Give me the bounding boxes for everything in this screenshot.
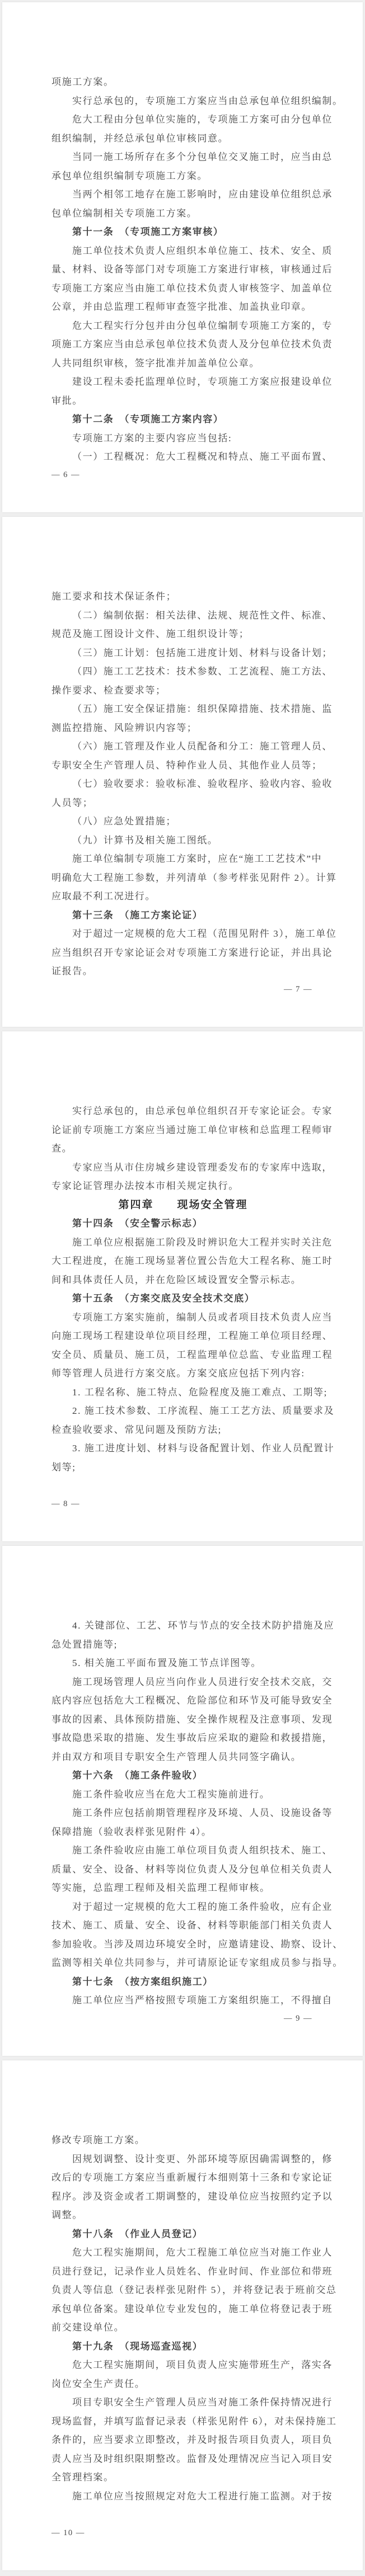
page-number: — 7 — (284, 985, 312, 994)
page-number: — 9 — (284, 2014, 312, 2023)
article-heading: 第十八条 （作业人员登记） (52, 2225, 315, 2244)
text-line: 修改专项施工方案。 (52, 2131, 315, 2150)
text-line: 前交建设单位。 (52, 2318, 315, 2337)
text-line: 施工现场管理人员应当向作业人员进行安全技术交底，交 (52, 1673, 315, 1692)
text-line: 测监控措施、风险辨识内容等； (52, 719, 315, 738)
document-page: 修改专项施工方案。因规划调整、设计变更、外部环境等原因确需调整的，修改后的专项施… (2, 2060, 363, 2570)
text-line: 因规划调整、设计变更、外部环境等原因确需调整的，修 (52, 2150, 315, 2169)
text-line: 建设工程未委托监理单位时，专项施工方案应报建设单位 (52, 372, 315, 391)
text-line: 向施工现场工程建设单位项目经理，工程施工单位项目经理、 (52, 1327, 315, 1346)
text-line: 监测等相关单位共同参与，并可请原论证专家组成员参与指导。 (52, 1954, 315, 1973)
text-line: 员进行登记，记录作业人员姓名、作业时间、作业部位和带班 (52, 2262, 315, 2281)
text-line: 参加验收。当涉及周边环境安全时，应邀请建设、勘察、设计、 (52, 1935, 315, 1954)
text-line: 应取最不利工况进行。 (52, 887, 315, 906)
text-line: 当同一施工场所存在多个分包单位交叉施工时，应当由总 (52, 148, 315, 167)
text-line: 改后的专项施工方案应当重新履行本细则第十三条和专家论证 (52, 2168, 315, 2187)
text-line: 专项施工方案应当由施工单位技术负责人审核签字、加盖单位 (52, 279, 315, 298)
chapter-heading: 第四章 现场安全管理 (52, 1196, 315, 1215)
text-line: 规范及施工图设计文件、施工组织设计等； (52, 625, 315, 644)
text-line: 1. 工程名称、施工特点、危险程度及施工难点、工期等; (52, 1383, 315, 1402)
article-heading: 第十九条 （现场巡查巡视） (52, 2337, 315, 2356)
text-line: 审批。 (52, 391, 315, 411)
text-line: 危大工程实施期间，项目负责人应实施带班生产，落实各 (52, 2356, 315, 2375)
text-line: 施工要求和技术保证条件； (52, 587, 315, 606)
text-line: 质量、安全、设备、材料等岗位负责人及分包单位相关负责人 (52, 1860, 315, 1879)
text-line: 施工条件验收应由施工单位项目负责人组织技术、施工、 (52, 1841, 315, 1860)
text-line: 施工条件应包括前期管理程序及环境、人员、设施设备等 (52, 1804, 315, 1823)
text-line: 施工单位技术负责人应组织本单位施工、技术、安全、质 (52, 242, 315, 261)
text-line: （三）施工计划：包括施工进度计划、材料与设备计划； (52, 644, 315, 663)
text-line: 证报告。 (52, 962, 315, 981)
text-line: 专家论证管理办法按本市相关规定执行。 (52, 1177, 315, 1196)
text-line: 底内容应包括危大工程概况、危险部位和环节及可能导致安全 (52, 1691, 315, 1710)
page-number: — 8 — (52, 1499, 80, 1509)
text-line: 包单位编制相关专项施工方案。 (52, 204, 315, 223)
text-line: 人员等； (52, 794, 315, 813)
text-line: 人共同组织审核，签字批准并加盖单位公章。 (52, 354, 315, 373)
document-page: 4. 关键部位、工艺、环节与节点的安全技术防护措施及应急处置措施等;5. 相关施… (2, 1546, 363, 2056)
text-line: 危大工程由分包单位实施的，专项施工方案可由分包单位 (52, 110, 315, 129)
text-line: 技术、施工、质量、安全、设备、材料等职能部门相关负责人 (52, 1916, 315, 1935)
text-line: 2. 施工技术参数、工序流程、施工工艺方法、质量要求及 (52, 1402, 315, 1421)
document-page: 实行总承包的，由总承包单位组织召开专家论证会。专家论证前专项施工方案应当通过施工… (2, 1031, 363, 1541)
text-line: 施工条件验收应当在危大工程实施前进行。 (52, 1785, 315, 1804)
text-line: （八）应急处置措施； (52, 812, 315, 831)
text-line: 等实施，总监理工程师及相关监理工程师审核。 (52, 1879, 315, 1898)
text-line: 实行总承包的，专项施工方案应当由总承包单位组织编制。 (52, 92, 315, 111)
text-line: 量、材料、设备等部门对专项施工方案进行审核，审核通过后 (52, 260, 315, 279)
article-heading: 第十二条 （专项施工方案内容） (52, 410, 315, 429)
text-line: （九）计算书及相关施工图纸。 (52, 831, 315, 850)
text-line: 项目专职安全生产管理人员应当对施工条件保持情况进行 (52, 2393, 315, 2412)
article-heading: 第十一条 （专项施工方案审核） (52, 223, 315, 242)
text-line: 对于超过一定规模的危大工程（范围见附件 3），施工单位 (52, 924, 315, 943)
document-page: 项施工方案。实行总承包的，专项施工方案应当由总承包单位组织编制。危大工程由分包单… (2, 2, 363, 512)
text-line: 明确危大工程施工参数，并列清单（参考样张见附件 2）。计算 (52, 869, 315, 888)
text-line: 急处置措施等; (52, 1635, 315, 1654)
text-line: （六）施工管理及作业人员配备和分工：施工管理人员、 (52, 737, 315, 756)
text-line: 操作要求、检查要求等； (52, 681, 315, 700)
text-line: 程序。涉及资金或者工期调整的，建设单位应当按照约定予以 (52, 2187, 315, 2206)
text-line: 施工单位应当严格按照专项施工方案组织施工，不得擅自 (52, 1991, 315, 2010)
text-line: 责人应当及时组织限期整改。监督及处理情况应当记入项目安 (52, 2450, 315, 2469)
article-heading: 第十三条 （施工方案论证） (52, 906, 315, 925)
text-line: 危大工程实行分包并由分包单位编制专项施工方案的，专 (52, 317, 315, 336)
text-line: 师等管理人员进行方案交底。方案交底应包括下列内容: (52, 1364, 315, 1383)
text-line: 承包单位组织编制专项施工方案。 (52, 167, 315, 186)
text-line: 负责人等信息（登记表样张见附件 5），并将登记表于班前交总 (52, 2281, 315, 2300)
text-line: 并由双方和项目专职安全生产管理人员共同签字确认。 (52, 1748, 315, 1767)
text-line: 保障措施（验收表样张见附件 4）。 (52, 1823, 315, 1842)
text-line: 实行总承包的，由总承包单位组织召开专家论证会。专家 (52, 1102, 315, 1121)
text-line: 查。 (52, 1139, 315, 1158)
text-line: 专项施工方案的主要内容应当包括: (52, 429, 315, 448)
text-line: 4. 关键部位、工艺、环节与节点的安全技术防护措施及应 (52, 1616, 315, 1635)
text-line: （七）验收要求：验收标准、验收程序、验收内容、验收 (52, 775, 315, 794)
text-line: 专职安全生产管理人员、特种作业人员、其他作业人员等； (52, 756, 315, 775)
text-line: 大工程进度，在施工现场显著位置公告危大工程名称、施工时 (52, 1252, 315, 1271)
article-heading: 第十四条 （安全警示标志） (52, 1214, 315, 1233)
text-line: （一）工程概况：危大工程概况和特点、施工平面布置、 (52, 447, 315, 466)
text-line: 5. 相关施工平面布置及施工节点详图等。 (52, 1654, 315, 1673)
text-line: 检查验收要求、常见问题及预防方法; (52, 1421, 315, 1440)
article-heading: 第十六条 （施工条件验收） (52, 1766, 315, 1785)
text-line: （二）编制依据：相关法律、法规、规范性文件、标准、 (52, 606, 315, 625)
text-line: 安全员、质量员、施工员，工程监理单位总监、专业监理工程 (52, 1346, 315, 1365)
text-line: 施工单位编制专项施工方案时，应在“施工工艺技术”中 (52, 850, 315, 869)
text-line: 划等; (52, 1458, 315, 1477)
text-line: （四）施工工艺技术：技术参数、工艺流程、施工方法、 (52, 662, 315, 681)
text-line: 专家应当从市住房城乡建设管理委发布的专家库中选取， (52, 1158, 315, 1177)
text-line: 项施工方案应当由总承包单位技术负责人及分包单位技术负责 (52, 335, 315, 354)
text-line: （五）施工安全保证措施：组织保障措施、技术措施、监 (52, 700, 315, 719)
text-line: 当两个相邻工地存在施工影响时，应由建设单位组织总承 (52, 185, 315, 204)
text-line: 对于超过一定规模的危大工程的施工条件验收，应有企业 (52, 1898, 315, 1917)
text-line: 项施工方案。 (52, 73, 315, 92)
text-line: 危大工程实施期间，危大工程施工单位应当对施工作业人 (52, 2243, 315, 2262)
text-line: 应当组织召开专家论证会对专项施工方案进行论证，并出具论 (52, 943, 315, 963)
text-line: 施工单位应根据施工阶段及时辨识危大工程并实时关注危 (52, 1233, 315, 1252)
text-line: 施工单位应当按照规定对危大工程进行施工监测。对于按 (52, 2487, 315, 2506)
text-line: 事故隐患采取的措施、发生事故后应采取的避险和救援措施， (52, 1729, 315, 1748)
text-line: 公章，并由总监理工程师审查签字批准、加盖执业印章。 (52, 298, 315, 317)
document-scroll-area: 项施工方案。实行总承包的，专项施工方案应当由总承包单位组织编制。危大工程由分包单… (0, 0, 365, 2576)
text-line: 专项施工方案实施前，编制人员或者项目技术负责人应当 (52, 1308, 315, 1327)
text-line: 间和具体责任人员，并在危险区域设置安全警示标志。 (52, 1271, 315, 1290)
text-line: 论证前专项施工方案应当通过施工单位审核和总监理工程师审 (52, 1121, 315, 1140)
text-line: 现场监督，并填写监督记录表（样张见附件 6），对未保持施工 (52, 2412, 315, 2431)
text-line: 全管理档案。 (52, 2468, 315, 2487)
text-line: 组织编制，并经总承包单位审核同意。 (52, 129, 315, 148)
text-line: 3. 施工进度计划、材料与设备配置计划、作业人员配置计 (52, 1439, 315, 1458)
text-line: 条件的，应当要求立即整改，并及时报告项目负责人，项目负 (52, 2431, 315, 2450)
text-line: 事故的因素、具体预防措施、安全操作规程及注意事项、发现 (52, 1710, 315, 1729)
text-line: 承包单位备案。建设单位专业发包的，施工单位将登记表于班 (52, 2300, 315, 2319)
document-page: 施工要求和技术保证条件；（二）编制依据：相关法律、法规、规范性文件、标准、规范及… (2, 517, 363, 1027)
article-heading: 第十五条 （方案交底及安全技术交底） (52, 1289, 315, 1308)
page-number: — 6 — (52, 470, 80, 480)
page-number: — 10 — (52, 2528, 85, 2538)
text-line: 岗位安全生产责任。 (52, 2375, 315, 2394)
article-heading: 第十七条 （按方案组织施工） (52, 1973, 315, 1992)
text-line: 调整。 (52, 2206, 315, 2225)
